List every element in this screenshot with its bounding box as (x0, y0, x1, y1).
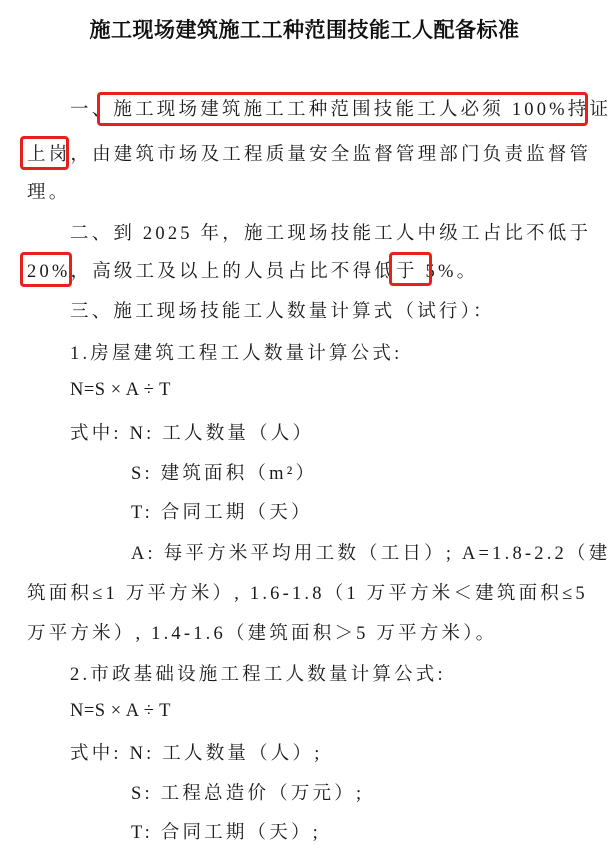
formula-line: N=S × A ÷ T (70, 380, 171, 401)
text-line: 20%，高级工及以上的人员占比不得低于 5%。 (27, 257, 478, 283)
variable-definition: 式中: N: 工人数量（人） (70, 419, 314, 445)
subsection-heading: 1.房屋建筑工程工人数量计算公式: (70, 339, 402, 365)
formula-line: N=S × A ÷ T (70, 701, 171, 722)
variable-definition: A: 每平方米平均用工数（工日）; A=1.8-2.2（建 (131, 539, 609, 565)
text-line: 一、施工现场建筑施工工种范围技能工人必须 100%持证 (70, 95, 609, 121)
text-line: 筑面积≤1 万平方米）, 1.6-1.8（1 万平方米＜建筑面积≤5 (27, 579, 588, 605)
text-line: 二、到 2025 年，施工现场技能工人中级工占比不低于 (70, 219, 591, 245)
text-line: 理。 (27, 178, 70, 204)
variable-definition: T: 合同工期（天） (131, 498, 313, 524)
variable-definition: S: 工程总造价（万元）; (131, 779, 364, 805)
section-heading: 三、施工现场技能工人数量计算式（试行）： (70, 297, 495, 323)
variable-definition: 式中: N: 工人数量（人）; (70, 739, 323, 765)
variable-definition: T: 合同工期（天）; (131, 818, 321, 844)
text-line: 上岗，由建筑市场及工程质量安全监督管理部门负责监督管 (27, 140, 591, 166)
subsection-heading: 2.市政基础设施工程工人数量计算公式: (70, 660, 446, 686)
document-title: 施工现场建筑施工工种范围技能工人配备标准 (0, 14, 609, 44)
text-line: 万平方米）, 1.4-1.6（建筑面积＞5 万平方米）。 (27, 619, 497, 645)
variable-definition: S: 建筑面积（m²） (131, 459, 317, 485)
